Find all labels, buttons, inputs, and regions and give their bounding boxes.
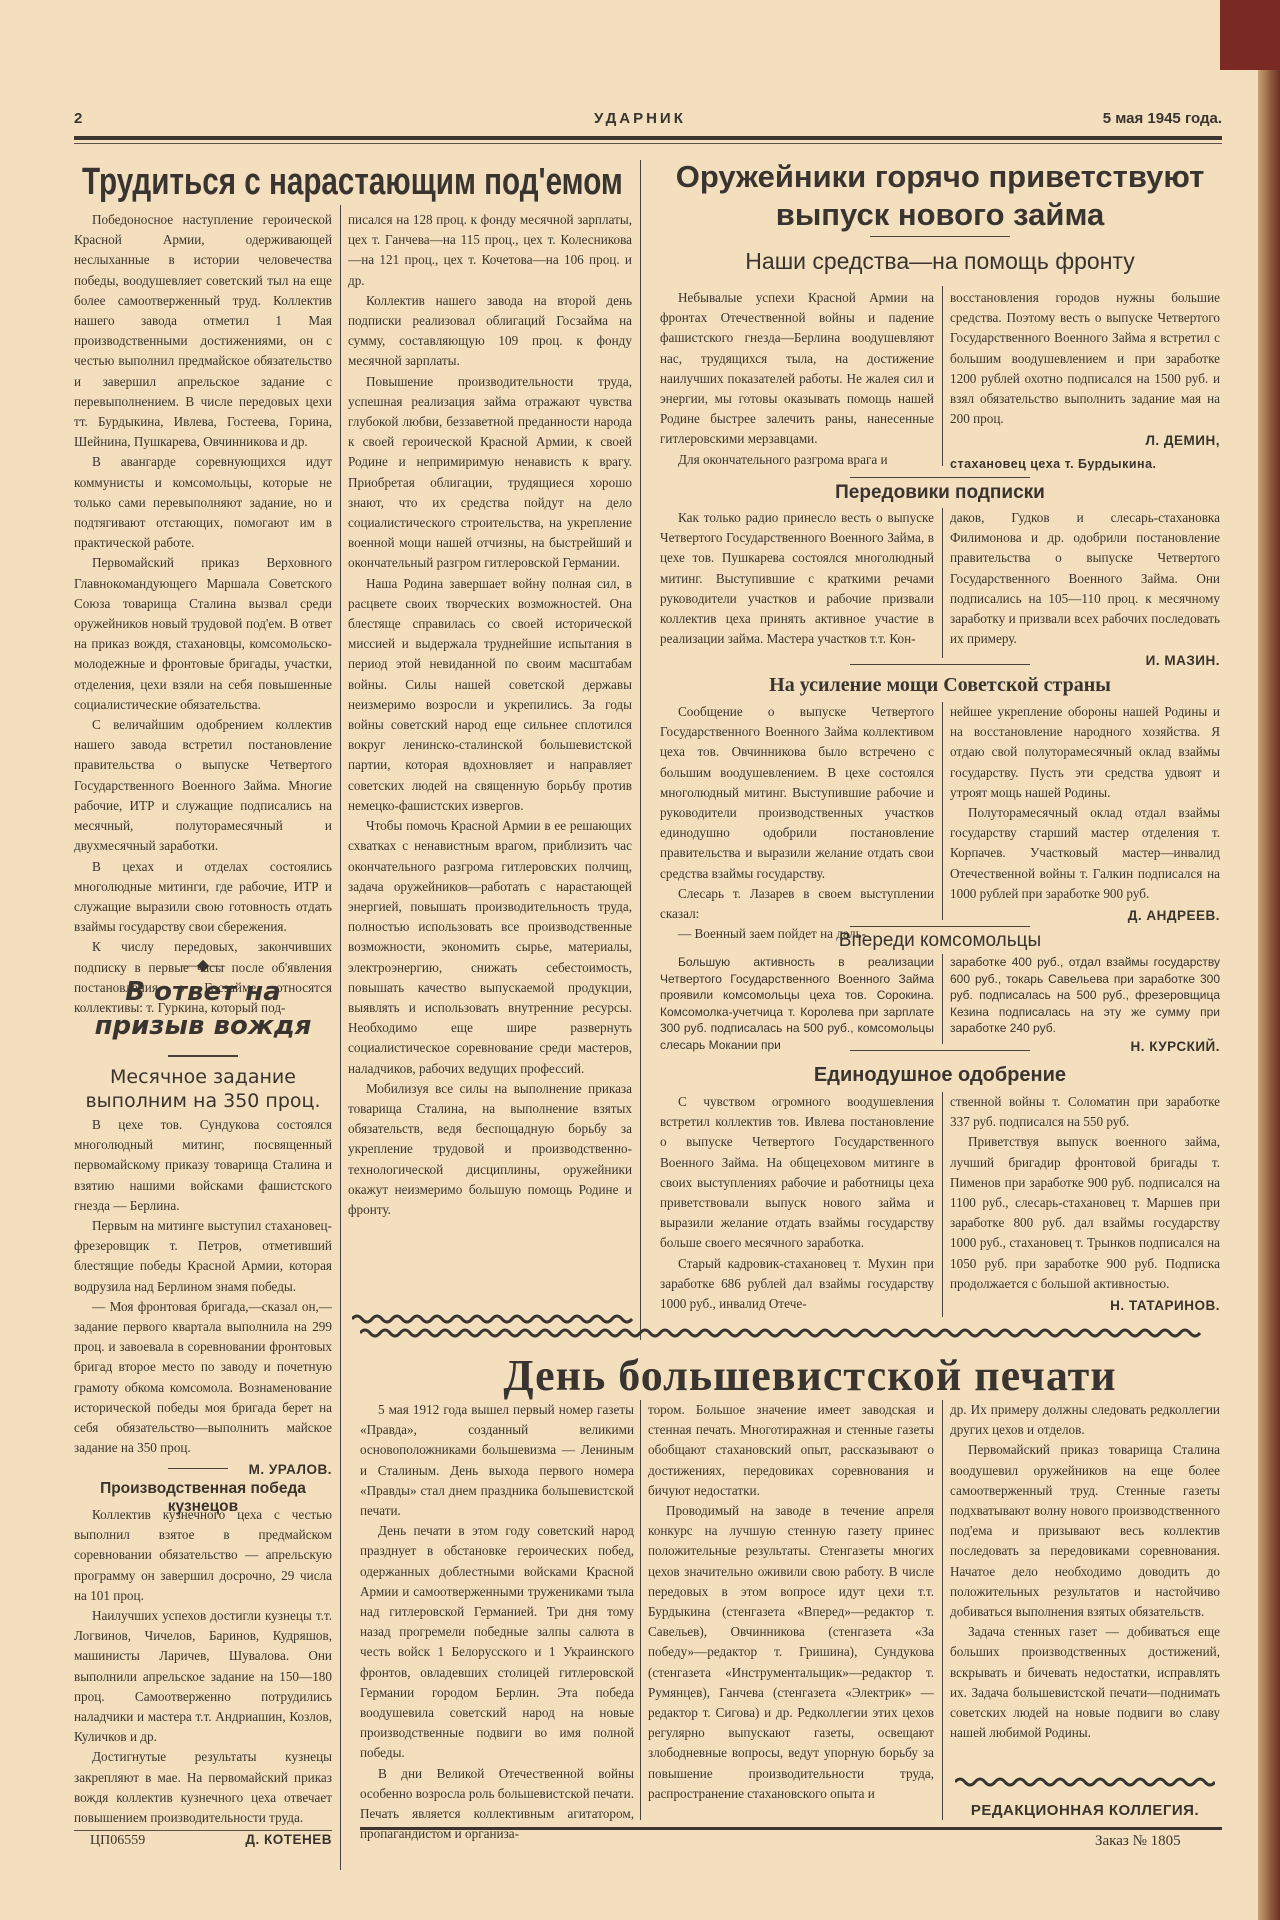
article-left-column-1: Победоносное наступление героической Кра… <box>74 210 332 1018</box>
short-divider <box>870 236 1010 237</box>
paragraph: даков, Гудков и слесарь-стахановка Филим… <box>950 508 1220 649</box>
short-divider <box>168 1468 228 1469</box>
masthead: 2 УДАРНИК 5 мая 1945 года. <box>74 110 1222 132</box>
column-divider <box>942 508 943 658</box>
masthead-rule <box>74 136 1222 140</box>
paragraph: Первым на митинге выступил стахановец-фр… <box>74 1216 332 1297</box>
subsection-1-col2: даков, Гудков и слесарь-стахановка Филим… <box>950 508 1220 672</box>
wavy-divider <box>352 1312 634 1326</box>
subsection-title: Впереди комсомольцы <box>660 930 1220 952</box>
order-number: Заказ № 1805 <box>1095 1833 1181 1850</box>
subsection-title: Наши средства—на помощь фронту <box>660 248 1220 275</box>
column-divider <box>340 205 341 1870</box>
paragraph: писался на 128 проц. к фонду месячной за… <box>348 210 632 291</box>
paragraph: тором. Большое значение имеет заводская … <box>648 1400 934 1501</box>
paragraph: Победоносное наступление героической Кра… <box>74 210 332 452</box>
column-divider <box>942 1092 943 1317</box>
short-divider <box>850 1050 1030 1051</box>
subsection-3-col1: Большую активность в реализации Четверто… <box>660 954 934 1053</box>
headline-left: Трудиться с нарастающим под'емом <box>82 160 488 204</box>
signature: Д. АНДРЕЕВ. <box>950 906 1220 926</box>
paragraph: нейшее укрепление обороны нашей Родины и… <box>950 702 1220 803</box>
article-left-column-2: писался на 128 проц. к фонду месячной за… <box>348 210 632 1220</box>
paragraph: Коллектив кузнечного цеха с честью выпол… <box>74 1505 332 1606</box>
subsection-2-col1: Сообщение о выпуске Четвертого Государст… <box>660 702 934 944</box>
paragraph: заработке 400 руб., отдал взаймы государ… <box>950 954 1220 1037</box>
subsection-0-col2: восстановления городов нужны большие сре… <box>950 288 1220 474</box>
paragraph: Сообщение о выпуске Четвертого Государст… <box>660 702 934 884</box>
article-title-350: Месячное задание выполним на 350 проц. <box>74 1065 332 1113</box>
column-divider <box>942 1400 943 1820</box>
paragraph: Небывалые успехи Красной Армии на фронта… <box>660 288 934 450</box>
binding-corner <box>1220 0 1280 70</box>
paragraph: Чтобы помочь Красной Армии в ее решающих… <box>348 816 632 1079</box>
paragraph: Проводимый на заводе в течение апреля ко… <box>648 1501 934 1804</box>
paragraph: восстановления городов нужны большие сре… <box>950 288 1220 429</box>
paragraph: Коллектив нашего завода на второй день п… <box>348 291 632 372</box>
press-day-col3: др. Их примеру должны следовать редколле… <box>950 1400 1220 1743</box>
short-divider <box>850 477 1030 478</box>
wavy-divider <box>955 1775 1215 1789</box>
paragraph: Полуторамесячный оклад отдал взаймы госу… <box>950 803 1220 904</box>
paragraph: Достигнутые результаты кузнецы закрепляю… <box>74 1747 332 1828</box>
paragraph: Первомайский приказ Верховного Главноком… <box>74 553 332 715</box>
paragraph: День печати в этом году советский народ … <box>360 1521 634 1763</box>
signature: М. УРАЛОВ. <box>74 1460 332 1480</box>
article-smiths-body: Коллектив кузнечного цеха с честью выпол… <box>74 1505 332 1850</box>
paragraph: Первомайский приказ товарища Сталина воо… <box>950 1440 1220 1622</box>
footer-rule <box>360 1827 1222 1830</box>
column-divider <box>942 954 943 1044</box>
subsection-4-col2: ственной войны т. Соломатин при заработк… <box>950 1092 1220 1316</box>
column-divider <box>942 702 943 920</box>
short-divider <box>850 926 1030 927</box>
signature: Л. ДЕМИН, <box>950 431 1220 451</box>
issue-date: 5 мая 1945 года. <box>1103 110 1222 127</box>
headline-press-day: День большевистской печати <box>480 1350 1140 1401</box>
footer-rule <box>74 1830 332 1831</box>
diamond-ornament: —◆— <box>74 955 332 975</box>
newspaper-name: УДАРНИК <box>594 110 686 127</box>
paragraph: Большую активность в реализации Четверто… <box>660 954 934 1053</box>
paragraph: Мобилизуя все силы на выполнение приказа… <box>348 1079 632 1220</box>
paragraph: Слесарь т. Лазарев в своем выступлении с… <box>660 884 934 924</box>
signature-role: стахановец цеха т. Бурдыкина. <box>950 454 1220 474</box>
subsection-title: На усиление мощи Советской страны <box>660 674 1220 697</box>
wavy-divider <box>360 1326 1220 1340</box>
paragraph: др. Их примеру должны следовать редколле… <box>950 1400 1220 1440</box>
section-title-response: В ответ на призыв вождя <box>74 975 332 1043</box>
headline-right: Оружейники горячо приветствуют выпуск но… <box>660 158 1220 234</box>
paragraph: Приветствуя выпуск военного займа, лучши… <box>950 1132 1220 1294</box>
signature: Н. ТАТАРИНОВ. <box>950 1296 1220 1316</box>
paragraph: Наилучших успехов достигли кузнецы т.т. … <box>74 1606 332 1747</box>
paragraph: В цехе тов. Сундукова состоялся многолюд… <box>74 1115 332 1216</box>
print-code: ЦП06559 <box>90 1833 145 1849</box>
subsection-4-col1: С чувством огромного воодушевления встре… <box>660 1092 934 1314</box>
paragraph: Задача стенных газет — добиваться еще бо… <box>950 1622 1220 1743</box>
column-divider <box>640 160 641 1340</box>
column-divider <box>640 1400 641 1820</box>
signature: И. МАЗИН. <box>950 651 1220 671</box>
paragraph: Старый кадровик-стахановец т. Мухин при … <box>660 1254 934 1315</box>
paragraph: Наша Родина завершает войну полная сил, … <box>348 574 632 816</box>
paragraph: Повышение производительности труда, успе… <box>348 372 632 574</box>
binding-edge <box>1258 0 1280 1920</box>
signature: Н. КУРСКИЙ. <box>950 1039 1220 1056</box>
editorial-board-signature: РЕДАКЦИОННАЯ КОЛЛЕГИЯ. <box>950 1802 1220 1819</box>
short-divider <box>850 664 1030 665</box>
page-number: 2 <box>74 110 82 127</box>
paragraph: С величайшим одобрением коллектив нашего… <box>74 715 332 856</box>
subsection-title: Единодушное одобрение <box>660 1064 1220 1087</box>
column-divider <box>942 286 943 466</box>
article-350-body: В цехе тов. Сундукова состоялся многолюд… <box>74 1115 332 1481</box>
subsection-3-col2: заработке 400 руб., отдал взаймы государ… <box>950 954 1220 1055</box>
masthead-rule-thin <box>74 143 1222 144</box>
paragraph: 5 мая 1912 года вышел первый номер газет… <box>360 1400 634 1521</box>
short-divider <box>168 1055 238 1057</box>
subsection-0-col1: Небывалые успехи Красной Армии на фронта… <box>660 288 934 470</box>
subsection-2-col2: нейшее укрепление обороны нашей Родины и… <box>950 702 1220 926</box>
paragraph: С чувством огромного воодушевления встре… <box>660 1092 934 1254</box>
press-day-col1: 5 мая 1912 года вышел первый номер газет… <box>360 1400 634 1844</box>
paragraph: Для окончательного разгрома врага и <box>660 450 934 470</box>
press-day-col2: тором. Большое значение имеет заводская … <box>648 1400 934 1804</box>
paragraph: В авангарде соревнующихся идут коммунист… <box>74 452 332 553</box>
paragraph: В цехах и отделах состоялись многолюдные… <box>74 857 332 938</box>
subsection-title: Передовики подписки <box>660 482 1220 504</box>
paragraph: В дни Великой Отечественной войны особен… <box>360 1764 634 1845</box>
subsection-1-col1: Как только радио принесло весть о выпуск… <box>660 508 934 649</box>
paragraph: — Моя фронтовая бригада,—сказал он,—зада… <box>74 1297 332 1459</box>
paragraph: Как только радио принесло весть о выпуск… <box>660 508 934 649</box>
paragraph: ственной войны т. Соломатин при заработк… <box>950 1092 1220 1132</box>
